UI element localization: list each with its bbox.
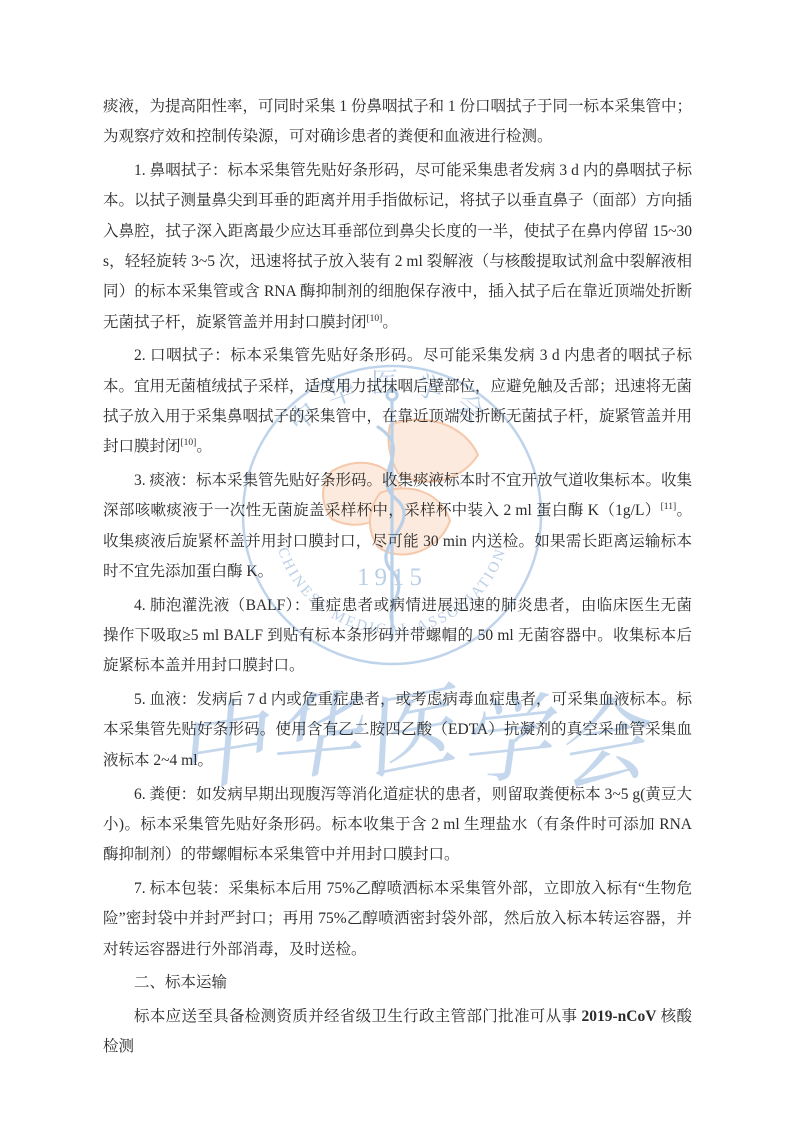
paragraph: 7. 标本包装：采集标本后用 75%乙醇喷洒标本采集管外部，立即放入标有“生物危… (103, 874, 692, 965)
text-run: 1. 鼻咽拭子：标本采集管先贴好条形码，尽可能采集患者发病 3 d 内的鼻咽拭子… (103, 162, 692, 330)
paragraph: 6. 粪便：如发病早期出现腹泻等消化道症状的患者，则留取粪便标本 3~5 g(黄… (103, 780, 692, 871)
paragraph: 3. 痰液：标本采集管先贴好条形码。收集痰液标本时不宜开放气道收集标本。收集深部… (103, 466, 692, 587)
superscript-ref: [10] (181, 438, 197, 448)
paragraph: 5. 血液：发病后 7 d 内或危重症患者，或考虑病毒血症患者，可采集血液标本。… (103, 685, 692, 776)
text-run: 标本应送至具备检测资质并经省级卫生行政主管部门批准可从事 (134, 1008, 582, 1025)
text-run: 3. 痰液：标本采集管先贴好条形码。收集痰液标本时不宜开放气道收集标本。收集深部… (103, 472, 692, 519)
text-run: 4. 肺泡灌洗液（BALF）：重症患者或病情进展迅速的肺炎患者，由临床医生无菌操… (103, 597, 692, 675)
text-run: 6. 粪便：如发病早期出现腹泻等消化道症状的患者，则留取粪便标本 3~5 g(黄… (103, 786, 692, 864)
section-heading: 二、标本运输 (103, 968, 692, 998)
text-run: 2019-nCoV (582, 1008, 657, 1025)
text-run: 7. 标本包装：采集标本后用 75%乙醇喷洒标本采集管外部，立即放入标有“生物危… (103, 880, 692, 958)
text-run: 。 (382, 314, 398, 331)
superscript-ref: [11] (661, 502, 676, 512)
paragraph: 标本应送至具备检测资质并经省级卫生行政主管部门批准可从事 2019-nCoV 核… (103, 1002, 692, 1063)
document-page: { "page": { "background": "#ffffff", "te… (0, 0, 793, 1122)
paragraph: 1. 鼻咽拭子：标本采集管先贴好条形码，尽可能采集患者发病 3 d 内的鼻咽拭子… (103, 156, 692, 338)
paragraph: 4. 肺泡灌洗液（BALF）：重症患者或病情进展迅速的肺炎患者，由临床医生无菌操… (103, 591, 692, 682)
text-run: 二、标本运输 (134, 974, 227, 991)
text-run: 痰液，为提高阳性率，可同时采集 1 份鼻咽拭子和 1 份口咽拭子于同一标本采集管… (103, 98, 692, 145)
text-run: 5. 血液：发病后 7 d 内或危重症患者，或考虑病毒血症患者，可采集血液标本。… (103, 691, 692, 769)
paragraph: 痰液，为提高阳性率，可同时采集 1 份鼻咽拭子和 1 份口咽拭子于同一标本采集管… (103, 92, 692, 153)
superscript-ref: [10] (367, 313, 383, 323)
text-run: 。 (196, 438, 212, 455)
document-body: 痰液，为提高阳性率，可同时采集 1 份鼻咽拭子和 1 份口咽拭子于同一标本采集管… (103, 92, 692, 1066)
paragraph: 2. 口咽拭子：标本采集管先贴好条形码。尽可能采集发病 3 d 内患者的咽拭子标… (103, 341, 692, 462)
